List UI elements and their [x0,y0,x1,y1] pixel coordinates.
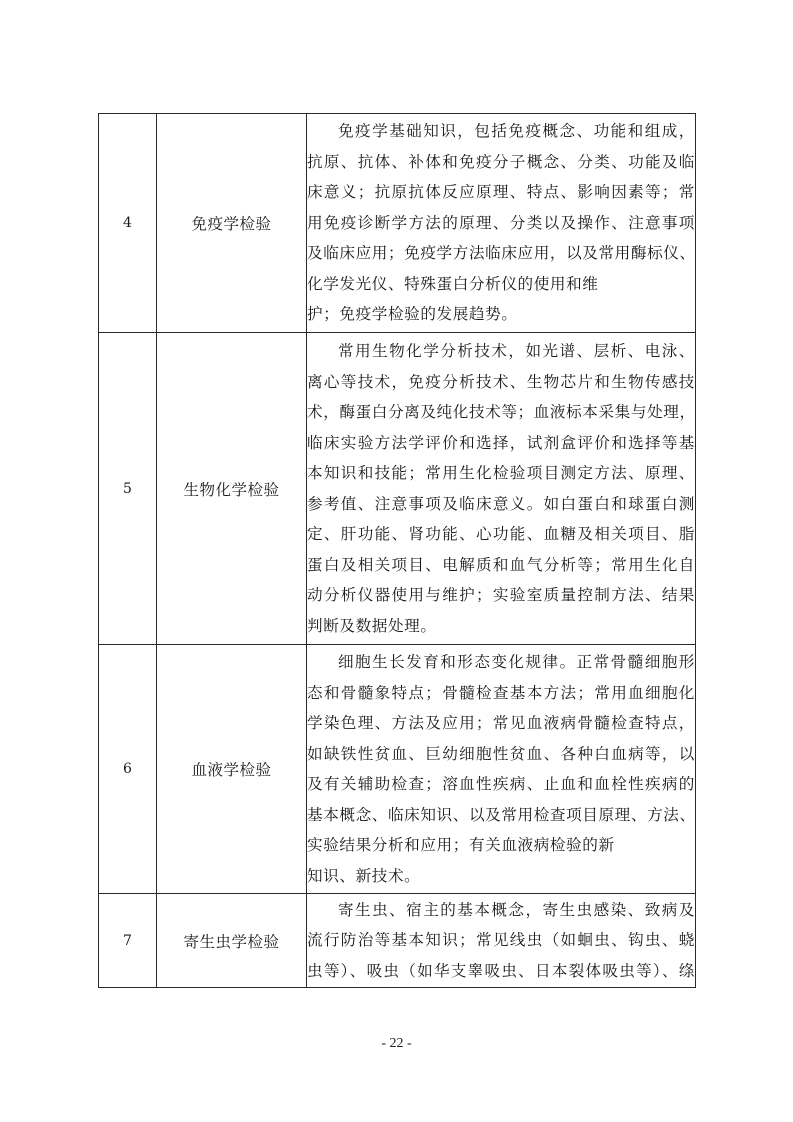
content-line: 离心等技术，免疫分析技术、生物芯片和生物传感技 [307,367,695,398]
subject-name: 免疫学检验 [157,114,307,333]
content-line: 用免疫诊断学方法的原理、分类以及操作、注意事项 [307,208,695,239]
content-line: 知识、新技术。 [307,861,695,892]
content-line: 如缺铁性贫血、巨幼细胞性贫血、各种白血病等，以 [307,739,695,770]
subject-name: 寄生虫学检验 [157,894,307,988]
content-line: 化学发光仪、特殊蛋白分析仪的使用和维 [307,269,695,300]
content-line: 基本概念、临床知识、以及常用检查项目原理、方法、 [307,800,695,831]
content-line: 床意义；抗原抗体反应原理、特点、影响因素等；常 [307,177,695,208]
page-number: - 22 - [0,1036,793,1052]
subject-content: 细胞生长发育和形态变化规律。正常骨髓细胞形 态和骨髓象特点；骨髓检查基本方法；常… [307,645,696,894]
content-line: 常用生物化学分析技术，如光谱、层析、电泳、 [307,336,695,367]
content-line: 及临床应用；免疫学方法临床应用，以及常用酶标仪、 [307,238,695,269]
content-line: 临床实验方法学评价和选择，试剂盒评价和选择等基 [307,428,695,459]
document-page: 4 免疫学检验 免疫学基础知识，包括免疫概念、功能和组成， 抗原、抗体、补体和免… [0,0,793,1122]
content-line: 细胞生长发育和形态变化规律。正常骨髓细胞形 [307,647,695,678]
content-line: 学染色理、方法及应用；常见血液病骨髓检查特点， [307,708,695,739]
subject-content: 免疫学基础知识，包括免疫概念、功能和组成， 抗原、抗体、补体和免疫分子概念、分类… [307,114,696,333]
content-line: 定、肝功能、肾功能、心功能、血糖及相关项目、脂 [307,519,695,550]
content-line: 蛋白及相关项目、电解质和血气分析等；常用生化自 [307,550,695,581]
syllabus-table: 4 免疫学检验 免疫学基础知识，包括免疫概念、功能和组成， 抗原、抗体、补体和免… [98,113,696,988]
content-line: 判断及数据处理。 [307,611,695,642]
row-number: 6 [99,645,157,894]
subject-content: 常用生物化学分析技术，如光谱、层析、电泳、 离心等技术，免疫分析技术、生物芯片和… [307,333,696,645]
table-row: 5 生物化学检验 常用生物化学分析技术，如光谱、层析、电泳、 离心等技术，免疫分… [99,333,696,645]
content-line: 寄生虫、宿主的基本概念，寄生虫感染、致病及 [307,895,695,926]
table-row: 6 血液学检验 细胞生长发育和形态变化规律。正常骨髓细胞形 态和骨髓象特点；骨髓… [99,645,696,894]
table-row: 4 免疫学检验 免疫学基础知识，包括免疫概念、功能和组成， 抗原、抗体、补体和免… [99,114,696,333]
content-line: 实验结果分析和应用；有关血液病检验的新 [307,830,695,861]
content-line: 抗原、抗体、补体和免疫分子概念、分类、功能及临 [307,147,695,178]
content-line: 流行防治等基本知识；常见线虫（如蛔虫、钩虫、蛲 [307,925,695,956]
content-line: 术，酶蛋白分离及纯化技术等；血液标本采集与处理， [307,397,695,428]
content-line: 动分析仪器使用与维护；实验室质量控制方法、结果 [307,580,695,611]
subject-content: 寄生虫、宿主的基本概念，寄生虫感染、致病及 流行防治等基本知识；常见线虫（如蛔虫… [307,894,696,988]
subject-name: 血液学检验 [157,645,307,894]
subject-name: 生物化学检验 [157,333,307,645]
table-row: 7 寄生虫学检验 寄生虫、宿主的基本概念，寄生虫感染、致病及 流行防治等基本知识… [99,894,696,988]
content-line: 免疫学基础知识，包括免疫概念、功能和组成， [307,116,695,147]
content-line: 虫等）、吸虫（如华支睾吸虫、日本裂体吸虫等）、绦 [307,956,695,987]
content-line: 态和骨髓象特点；骨髓检查基本方法；常用血细胞化 [307,678,695,709]
row-number: 7 [99,894,157,988]
content-line: 及有关辅助检查；溶血性疾病、止血和血栓性疾病的 [307,769,695,800]
row-number: 4 [99,114,157,333]
row-number: 5 [99,333,157,645]
content-line: 参考值、注意事项及临床意义。如白蛋白和球蛋白测 [307,489,695,520]
content-line: 本知识和技能；常用生化检验项目测定方法、原理、 [307,458,695,489]
content-line: 护；免疫学检验的发展趋势。 [307,299,695,330]
